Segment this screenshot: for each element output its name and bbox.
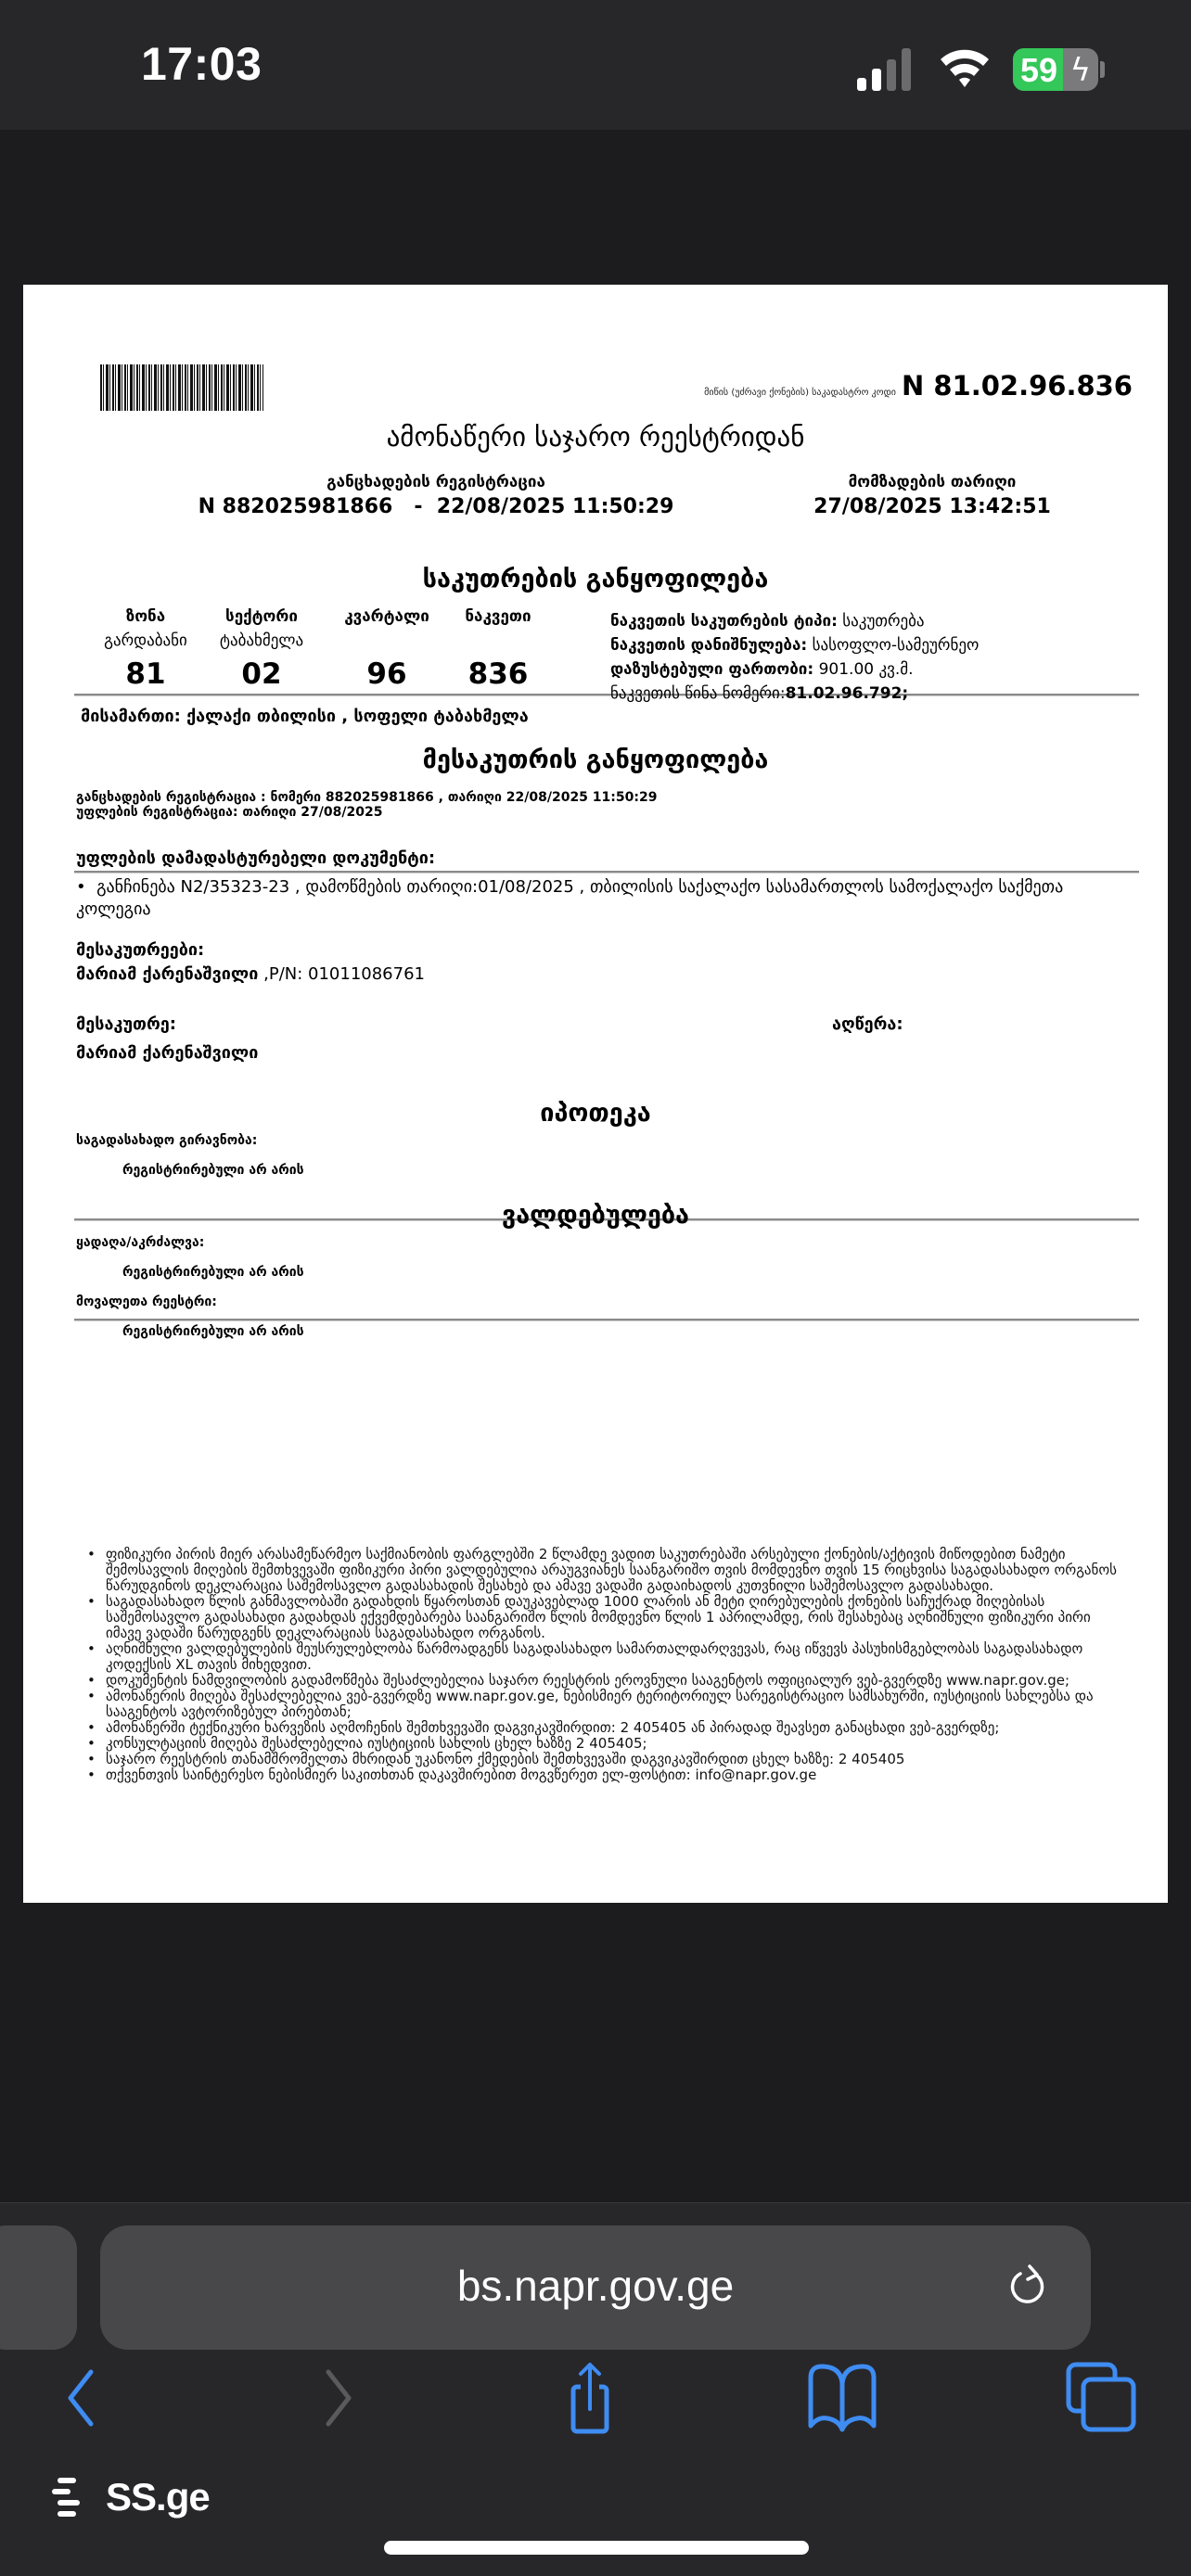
footnote-item: ამონაწერში ტექნიკური ხარვეზის აღმოჩენის … — [83, 1720, 1122, 1736]
owner-title: მესაკუთრე: — [76, 1014, 176, 1034]
owners-value: მარიამ ქარენაშვილი ,P/N: 01011086761 — [76, 964, 425, 984]
footnote-item: ფიზიკური პირის მიერ არასამეწარმეო საქმია… — [83, 1547, 1122, 1594]
block-column: კვარტალი 96 — [322, 607, 452, 691]
battery-cap — [1100, 61, 1105, 78]
cadastral-code: N 81.02.96.836 — [902, 370, 1133, 402]
block-header: კვარტალი — [322, 607, 452, 626]
owners-title: მესაკუთრეები: — [76, 940, 204, 960]
divider — [74, 694, 1139, 696]
divider — [74, 1319, 1139, 1321]
purpose-value: სასოფლო-სამეურნეო — [813, 636, 980, 655]
application-registration: განცხადების რეგისტრაცია N 882025981866 -… — [186, 473, 686, 518]
preparation-date-value: 27/08/2025 13:42:51 — [793, 495, 1071, 518]
mortgage-section-title: იპოთეკა — [23, 1099, 1168, 1128]
sector-column: სექტორი ტაბახმელა 02 — [197, 607, 327, 691]
bookmarks-icon[interactable] — [805, 2361, 879, 2435]
area-value: 901.00 კვ.მ. — [819, 660, 914, 679]
owner-section-title: მესაკუთრის განყოფილება — [23, 746, 1168, 774]
tax-lien-label: საგადასახადო გირავნობა: — [76, 1133, 257, 1148]
owner-application-reg-line: განცხადების რეგისტრაცია : ნომერი 8820259… — [76, 790, 657, 805]
area-label: დაზუსტებული ფართობი: — [610, 660, 813, 679]
cadastral-code-label: მიწის (უძრავი ქონების) საკადასტრო კოდი — [704, 388, 896, 398]
zone-header: ზონა — [81, 607, 211, 626]
back-icon[interactable] — [43, 2361, 117, 2435]
rights-document-text: განჩინება N2/35323-23 , დამოწმების თარიღ… — [76, 877, 1063, 919]
cellular-signal-icon — [857, 48, 918, 91]
status-bar: 17:03 59 ϟ — [0, 0, 1191, 130]
parcel-header: ნაკვეთი — [433, 607, 563, 626]
wifi-icon — [937, 45, 992, 91]
parcel-properties: ნაკვეთის საკუთრების ტიპი: საკუთრება ნაკვ… — [610, 609, 979, 706]
sector-header: სექტორი — [197, 607, 327, 626]
previous-tab-preview[interactable] — [0, 2225, 77, 2350]
tax-lien-value: რეგისტრირებული არ არის — [122, 1163, 304, 1178]
preparation-date-label: მომზადების თარიღი — [793, 473, 1071, 491]
application-registration-value: N 882025981866 - 22/08/2025 11:50:29 — [186, 495, 686, 518]
zone-value: 81 — [81, 657, 211, 691]
clock: 17:03 — [141, 37, 262, 91]
owner-registration-info: განცხადების რეგისტრაცია : ნომერი 8820259… — [76, 790, 657, 820]
owner-name: მარიამ ქარენაშვილი — [76, 1043, 258, 1063]
parcel-name — [433, 631, 563, 652]
charging-bolt-icon: ϟ — [1070, 52, 1091, 89]
parcel-column: ნაკვეთი 836 — [433, 607, 563, 691]
sector-value: 02 — [197, 657, 327, 691]
parcel-value: 836 — [433, 657, 563, 691]
preparation-date: მომზადების თარიღი 27/08/2025 13:42:51 — [793, 473, 1071, 518]
rights-documents-title: უფლების დამადასტურებელი დოკუმენტი: — [76, 848, 435, 868]
barcode — [100, 364, 263, 411]
block-value: 96 — [322, 657, 452, 691]
forward-icon[interactable] — [302, 2361, 377, 2435]
owners-name: მარიამ ქარენაშვილი — [76, 964, 258, 984]
footnote-item: კონსულტაციის მიღება შესაძლებელია იუსტიცი… — [83, 1736, 1122, 1752]
tabs-icon[interactable] — [1065, 2361, 1139, 2435]
ss-ge-logo-text: SS.ge — [106, 2475, 210, 2519]
battery-percent: 59 — [1020, 51, 1057, 90]
sector-name: ტაბახმელა — [197, 631, 327, 652]
reload-icon[interactable] — [1000, 2259, 1056, 2315]
rights-documents-list: • განჩინება N2/35323-23 , დამოწმების თარ… — [76, 876, 1133, 921]
ownership-type-value: საკუთრება — [842, 612, 924, 631]
block-name — [322, 631, 452, 652]
footnote-item: დოკუმენტის ნამდვილობის გადამოწმება შესაძ… — [83, 1673, 1122, 1689]
footnote-item: საჯარო რეესტრის თანამშრომელთა მხრიდან უკ… — [83, 1752, 1122, 1767]
share-icon[interactable] — [553, 2361, 627, 2435]
owners-personal-number: ,P/N: 01011086761 — [258, 964, 425, 984]
menu-lines-icon — [48, 2474, 95, 2520]
footnote-item: თქვენთვის საინტერესო ნებისმიერ საკითხთან… — [83, 1767, 1122, 1783]
purpose-label: ნაკვეთის დანიშნულება: — [610, 636, 807, 655]
application-registration-label: განცხადების რეგისტრაცია — [186, 473, 686, 491]
obligation-section-title: ვალდებულება — [23, 1201, 1168, 1230]
seizure-label: ყადაღა/აკრძალვა: — [76, 1235, 204, 1250]
document-title: ამონაწერი საჯარო რეესტრიდან — [23, 421, 1168, 453]
bullet: • — [76, 877, 96, 897]
address-bar[interactable]: bs.napr.gov.ge — [100, 2225, 1091, 2350]
footnote-item: აღნიშნული ვალდებულების შეუსრულებლობა წარ… — [83, 1641, 1122, 1673]
battery-icon: 59 ϟ — [1013, 48, 1098, 91]
footnotes: ფიზიკური პირის მიერ არასამეწარმეო საქმია… — [83, 1547, 1122, 1783]
home-indicator[interactable] — [384, 2541, 809, 2555]
property-address: მისამართი: ქალაქი თბილისი , სოფელი ტაბახ… — [81, 707, 529, 726]
url-text[interactable]: bs.napr.gov.ge — [100, 2261, 1091, 2311]
rights-document-item: • განჩინება N2/35323-23 , დამოწმების თარ… — [76, 876, 1133, 921]
zone-name: გარდაბანი — [81, 631, 211, 652]
footnote-item: საგადასახადო წლის განმავლობაში გადახდის … — [83, 1594, 1122, 1641]
ss-ge-overlay-logo[interactable]: SS.ge — [48, 2474, 210, 2520]
divider — [74, 871, 1139, 874]
description-title: აღწერა: — [832, 1014, 903, 1034]
ownership-type-label: ნაკვეთის საკუთრების ტიპი: — [610, 612, 838, 631]
zone-column: ზონა გარდაბანი 81 — [81, 607, 211, 691]
footnote-item: ამონაწერის მიღება შესაძლებელია ვებ-გვერდ… — [83, 1689, 1122, 1720]
debtors-label: მოვალეთა რეესტრი: — [76, 1294, 217, 1309]
previous-number-value: 81.02.96.792; — [786, 684, 909, 703]
pdf-viewer[interactable]: მიწის (უძრავი ქონების) საკადასტრო კოდი N… — [0, 130, 1191, 2202]
document-page: მიწის (უძრავი ქონების) საკადასტრო კოდი N… — [23, 285, 1168, 1903]
previous-number-label: ნაკვეთის წინა ნომერი: — [610, 684, 786, 703]
cadastral-code-line: მიწის (უძრავი ქონების) საკადასტრო კოდი N… — [704, 370, 1133, 402]
property-section-title: საკუთრების განყოფილება — [23, 565, 1168, 593]
debtors-value: რეგისტრირებული არ არის — [122, 1324, 304, 1339]
rights-reg-line: უფლების რეგისტრაცია: თარიღი 27/08/2025 — [76, 805, 657, 820]
seizure-value: რეგისტრირებული არ არის — [122, 1265, 304, 1280]
